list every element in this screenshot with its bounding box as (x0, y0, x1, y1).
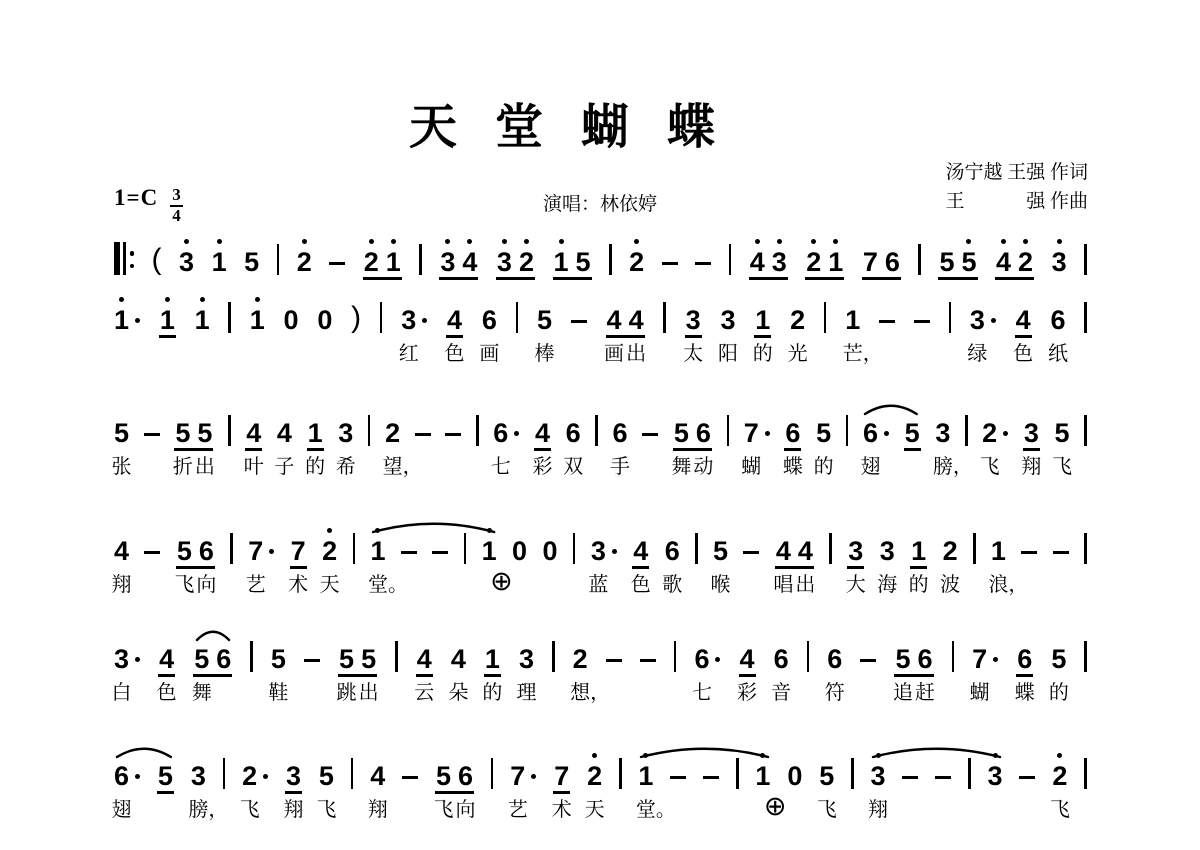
note-digit: 6 (1050, 307, 1065, 333)
note-stack: 5 (197, 410, 212, 446)
lyric-syllable: 的 (909, 572, 929, 598)
beam-group: 1 (307, 406, 324, 446)
beam-group: 34 (439, 231, 478, 275)
lyric-syllable: 飞 (817, 797, 837, 823)
barline (351, 758, 354, 789)
beam-group: 44 (775, 524, 814, 564)
note-stack: 3 (591, 528, 606, 564)
note-stack: 5 (576, 239, 591, 275)
note: 3 (440, 231, 455, 275)
beam-group: 21 (363, 231, 402, 275)
barline (807, 641, 810, 672)
eighth-beam (904, 448, 921, 451)
key-time-signature: 1=C 3 4 (114, 186, 183, 225)
note-digit: 1 (828, 249, 843, 275)
note-digit: 5 (713, 538, 728, 564)
note-stack: 2 (1052, 753, 1067, 789)
lyric-syllable: 光 (788, 341, 808, 367)
note-digit: 2 (629, 249, 644, 275)
lyric-syllable: 朵 (448, 680, 468, 706)
beam-group: 76 (862, 235, 901, 275)
eighth-beam (847, 566, 864, 569)
eighth-beam (1015, 335, 1032, 338)
high-octave-dot (200, 297, 205, 302)
note-stack: 5 (1051, 636, 1066, 672)
note: 3 (591, 528, 617, 564)
lyric-syllable: 的 (814, 454, 834, 480)
note: 5 (114, 410, 129, 446)
note-digit: 1 (160, 307, 175, 333)
note: 5 (895, 632, 910, 672)
lyric-syllable: 翔 (284, 797, 304, 823)
note-digit: 3 (686, 307, 701, 333)
lyric-syllable: 纸 (1048, 341, 1068, 367)
eighth-beam (176, 566, 215, 569)
high-octave-dot (755, 239, 760, 244)
note-digit: 0 (542, 538, 557, 564)
lyric-syllable: 堂。 (368, 572, 408, 598)
high-octave-dot (391, 239, 396, 244)
note: 6 (482, 297, 497, 333)
augmentation-dot (263, 774, 268, 779)
note: 5 (361, 632, 376, 672)
eighth-beam (157, 791, 174, 794)
note-stack: 2 (297, 239, 312, 275)
note-stack: 5 (939, 239, 954, 275)
lyric-syllable: 飞 (433, 797, 453, 823)
high-octave-dot (119, 297, 124, 302)
barline (353, 533, 356, 564)
lyric-syllable: 海 (877, 572, 897, 598)
lyric-syllable: 翔 (112, 572, 132, 598)
note: 3 (401, 297, 427, 333)
augmentation-dot (715, 657, 720, 662)
note-digit: 5 (114, 420, 129, 446)
note-stack: 1 (755, 753, 770, 789)
note-digit: 4 (417, 646, 432, 672)
lyric-syllable: 色 (445, 341, 465, 367)
note-digit: 2 (322, 538, 337, 564)
eighth-beam (749, 277, 788, 280)
high-octave-dot (760, 753, 765, 758)
barline (619, 758, 622, 789)
note-stack: 5 (271, 636, 286, 672)
eighth-beam (995, 277, 1034, 280)
note: 7 (972, 636, 998, 672)
note-stack: 7 (554, 753, 569, 789)
lyric-syllable: 动 (693, 454, 713, 480)
beam-group: 4 (1015, 293, 1032, 333)
note-digit: 4 (776, 538, 791, 564)
note-stack: 0 (317, 297, 332, 333)
beam-group: 55 (174, 406, 213, 446)
note: 5 (197, 406, 212, 446)
note: 3 (686, 293, 701, 333)
music-line-2: 111100)34654433121346红色画棒画出太阳的光芒，绿色纸 (114, 289, 1087, 371)
note: 2 (322, 528, 337, 564)
duration-dash (703, 776, 719, 779)
lyric-syllable: 飞 (316, 797, 336, 823)
high-octave-dot (811, 239, 816, 244)
note-stack: 3 (519, 636, 534, 672)
lyric-syllable: 红 (399, 341, 419, 367)
lyric-syllable: 天 (320, 572, 340, 598)
note-digit: 6 (694, 646, 709, 672)
note-stack: 1 (160, 297, 175, 333)
barline (250, 641, 253, 672)
note: 5 (1055, 410, 1070, 446)
lyrics-row: 翔飞向艺术天堂。⊕蓝色歌喉唱出大海的波浪， (114, 572, 1087, 602)
duration-dash (401, 551, 417, 554)
note: 5 (271, 636, 286, 672)
note: 2 (1018, 231, 1033, 275)
eighth-beam (784, 448, 801, 451)
eighth-beam (363, 277, 402, 280)
barline (368, 415, 371, 446)
lyric-syllable: 术 (552, 797, 572, 823)
lyric-syllable: 艺 (246, 572, 266, 598)
note: 3 (988, 753, 1003, 789)
lyric-syllable: 手 (610, 454, 630, 480)
note-stack: 3 (1052, 239, 1067, 275)
note-digit: 1 (638, 763, 653, 789)
beam-group: 1 (159, 289, 176, 333)
note: 3 (848, 524, 863, 564)
note-digit: 0 (512, 538, 527, 564)
lyric-syllable: 画 (479, 341, 499, 367)
note-digit: 1 (195, 307, 210, 333)
note: 7 (248, 528, 274, 564)
augmentation-dot (991, 318, 996, 323)
note-digit: 4 (607, 307, 622, 333)
eighth-beam (1023, 448, 1040, 451)
augmentation-dot (135, 318, 140, 323)
eighth-beam (307, 448, 324, 451)
duration-dash (695, 262, 711, 265)
note: 6 (493, 410, 519, 446)
duration-dash (432, 551, 448, 554)
note-digit: 6 (785, 420, 800, 446)
lyric-syllable: 向 (196, 572, 216, 598)
note-stack: 3 (686, 297, 701, 333)
note-digit: 2 (364, 249, 379, 275)
note-stack: 4 (451, 636, 466, 672)
note-stack: 3 (114, 636, 129, 672)
note-digit: 6 (774, 646, 789, 672)
high-octave-dot (833, 239, 838, 244)
note-digit: 5 (436, 763, 451, 789)
note-digit: 5 (1055, 420, 1070, 446)
beam-group: 56 (176, 524, 215, 564)
note-digit: 4 (798, 538, 813, 564)
note-stack: 2 (519, 239, 534, 275)
lyrics-row: 红色画棒画出太阳的光芒，绿色纸 (114, 341, 1087, 371)
note-digit: 6 (665, 538, 680, 564)
barline (395, 641, 398, 672)
note-stack: 0 (542, 528, 557, 564)
note: 5 (905, 406, 920, 446)
lyric-syllable: 符 (825, 680, 845, 706)
note-stack: 4 (740, 636, 755, 672)
note: 6 (1050, 297, 1065, 333)
lyric-syllable: 理 (517, 680, 537, 706)
note-digit: 6 (114, 763, 129, 789)
note: 5 (939, 235, 954, 275)
note-digit: 3 (401, 307, 416, 333)
lyric-syllable: 出 (795, 572, 815, 598)
note-stack: 6 (696, 410, 711, 446)
slur-arc (371, 517, 496, 534)
note-stack: 1 (212, 239, 227, 275)
note-digit: 4 (451, 646, 466, 672)
note: 2 (573, 636, 588, 672)
high-octave-dot (1001, 239, 1006, 244)
note: 2 (943, 528, 958, 564)
lyric-syllable: 跳 (337, 680, 357, 706)
note-digit: 1 (845, 307, 860, 333)
barline (609, 244, 612, 275)
note-stack: 0 (512, 528, 527, 564)
barline (1084, 244, 1087, 275)
augmentation-dot (1003, 431, 1008, 436)
note-stack: 3 (179, 239, 194, 275)
note-digit: 1 (482, 538, 497, 564)
note: 1 (308, 406, 323, 446)
rest-note: 0 (317, 297, 332, 333)
note: 1 (114, 297, 140, 333)
note-stack: 7 (248, 528, 263, 564)
note-stack: 5 (436, 753, 451, 789)
beam-group: 56 (894, 632, 933, 672)
barline (552, 641, 555, 672)
barline (277, 244, 280, 275)
music-line-1: (315221343215243217655423 (114, 231, 1087, 275)
note-stack: 6 (482, 297, 497, 333)
note-digit: 4 (370, 763, 385, 789)
note-stack: 2 (322, 528, 337, 564)
lyric-syllable: 大 (846, 572, 866, 598)
lyric-syllable: 七 (491, 454, 511, 480)
high-octave-dot (524, 239, 529, 244)
high-octave-dot (467, 239, 472, 244)
note-digit: 1 (250, 307, 265, 333)
note: 4 (159, 632, 174, 672)
note-stack: 6 (566, 410, 581, 446)
note-stack: 5 (905, 410, 920, 446)
eighth-beam (496, 277, 535, 280)
eighth-beam (894, 674, 933, 677)
note-digit: 4 (462, 249, 477, 275)
note: 2 (364, 231, 379, 275)
note-digit: 3 (179, 249, 194, 275)
repeat-start-sign (114, 242, 134, 275)
high-octave-dot (255, 297, 260, 302)
note: 6 (114, 753, 140, 789)
lyric-syllable: 彩 (532, 454, 552, 480)
lyric-syllable: 飞 (980, 454, 1000, 480)
note: 5 (713, 528, 728, 564)
lyric-syllable: 色 (631, 572, 651, 598)
beam-group: 56 (435, 749, 474, 789)
lyric-syllable: 向 (456, 797, 476, 823)
note: 7 (744, 410, 770, 446)
lyric-syllable: 唱 (773, 572, 793, 598)
beam-group: 44 (606, 293, 645, 333)
note: 5 (177, 524, 192, 564)
lyric-syllable: 色 (157, 680, 177, 706)
note-digit: 5 (197, 420, 212, 446)
note-stack: 5 (114, 410, 129, 446)
lyric-syllable: 色 (1013, 341, 1033, 367)
note-stack: 3 (970, 297, 985, 333)
note-digit: 5 (339, 646, 354, 672)
note-digit: 6 (493, 420, 508, 446)
note-digit: 3 (848, 538, 863, 564)
note-stack: 3 (1024, 410, 1039, 446)
note-stack: 7 (863, 239, 878, 275)
note-stack: 2 (385, 410, 400, 446)
lyric-syllable: 棒 (534, 341, 554, 367)
duration-dash (935, 776, 951, 779)
note-digit: 7 (972, 646, 987, 672)
duration-dash (144, 433, 160, 436)
note-digit: 4 (277, 420, 292, 446)
note-stack: 3 (880, 528, 895, 564)
note-stack: 3 (935, 410, 950, 446)
high-octave-dot (502, 239, 507, 244)
barline (727, 415, 730, 446)
barline (851, 758, 854, 789)
note-stack: 2 (806, 239, 821, 275)
note: 1 (482, 528, 497, 564)
note-digit: 4 (740, 646, 755, 672)
lyric-syllable: 白 (112, 680, 132, 706)
note: 4 (447, 293, 462, 333)
note-digit: 1 (212, 249, 227, 275)
beam-group: 4 (739, 632, 756, 672)
note: 6 (665, 528, 680, 564)
note-stack: 2 (573, 636, 588, 672)
note-digit: 1 (755, 307, 770, 333)
eighth-beam (534, 448, 551, 451)
lyric-syllable: 喉 (711, 572, 731, 598)
duration-dash (902, 776, 918, 779)
lyric-syllable: 舞 (192, 680, 212, 706)
lyric-syllable: 七 (692, 680, 712, 706)
note-stack: 7 (972, 636, 987, 672)
note-digit: 1 (308, 420, 323, 446)
lyric-syllable: 的 (1049, 680, 1069, 706)
note-digit: 5 (576, 249, 591, 275)
note-digit: 3 (440, 249, 455, 275)
beam-group: 4 (416, 632, 433, 672)
note-digit: 3 (970, 307, 985, 333)
note: 1 (828, 231, 843, 275)
note: 4 (370, 753, 385, 789)
note: 2 (982, 410, 1008, 446)
lyric-syllable: 术 (288, 572, 308, 598)
note-digit: 1 (755, 763, 770, 789)
barline (968, 758, 971, 789)
duration-dash (571, 320, 587, 323)
beam-group: 1 (754, 293, 771, 333)
lyric-syllable: 云 (414, 680, 434, 706)
note-digit: 1 (554, 249, 569, 275)
high-octave-dot (559, 239, 564, 244)
music-line-4: 456772110034654433121翔飞向艺术天堂。⊕蓝色歌喉唱出大海的波… (114, 520, 1087, 602)
lyric-syllable: 翅 (860, 454, 880, 480)
high-octave-dot (487, 528, 492, 533)
note-digit: 5 (674, 420, 689, 446)
song-title: 天堂蝴蝶 (409, 102, 753, 155)
note-stack: 6 (694, 636, 709, 672)
note-digit: 3 (286, 763, 301, 789)
lyric-syllable: 飞 (174, 572, 194, 598)
eighth-beam (174, 448, 213, 451)
note-stack: 3 (848, 528, 863, 564)
note: 3 (871, 753, 886, 789)
beam-group: 21 (805, 231, 844, 275)
note-digit: 3 (871, 763, 886, 789)
note-digit: 7 (554, 763, 569, 789)
lyric-syllable: 张 (112, 454, 132, 480)
note-digit: 1 (114, 307, 129, 333)
note: 6 (458, 749, 473, 789)
beam-group: 1 (910, 524, 927, 564)
note: 5 (819, 753, 834, 789)
note-stack: 1 (482, 528, 497, 564)
augmentation-dot (531, 774, 536, 779)
note: 4 (798, 524, 813, 564)
note: 3 (497, 231, 512, 275)
note-stack: 5 (361, 636, 376, 672)
note-digit: 0 (284, 307, 299, 333)
high-octave-dot (302, 239, 307, 244)
note-digit: 7 (744, 420, 759, 446)
note-digit: 3 (988, 763, 1003, 789)
note: 6 (827, 636, 842, 672)
high-octave-dot (643, 753, 648, 758)
slur-arc (639, 742, 770, 759)
note-stack: 1 (755, 297, 770, 333)
barline (491, 758, 494, 789)
note: 4 (417, 632, 432, 672)
lyric-syllable: 膀， (933, 454, 973, 480)
note-digit: 3 (591, 538, 606, 564)
note: 4 (1016, 293, 1031, 333)
note-digit: 2 (519, 249, 534, 275)
barline (949, 302, 952, 333)
lyric-syllable: 蓝 (588, 572, 608, 598)
barline (419, 244, 422, 275)
duration-dash (860, 659, 876, 662)
duration-dash (402, 776, 418, 779)
note-digit: 2 (790, 307, 805, 333)
rest-note: 0 (284, 297, 299, 333)
note: 6 (613, 410, 628, 446)
note-digit: 3 (497, 249, 512, 275)
note-digit: 5 (816, 420, 831, 446)
note-stack: 5 (674, 410, 689, 446)
note: 7 (510, 753, 536, 789)
note-digit: 3 (880, 538, 895, 564)
note-stack: 6 (458, 753, 473, 789)
note-stack: 5 (713, 528, 728, 564)
note-stack: 2 (629, 239, 644, 275)
eighth-beam (606, 335, 645, 338)
note-digit: 4 (633, 538, 648, 564)
rest-note: 0 (542, 528, 557, 564)
